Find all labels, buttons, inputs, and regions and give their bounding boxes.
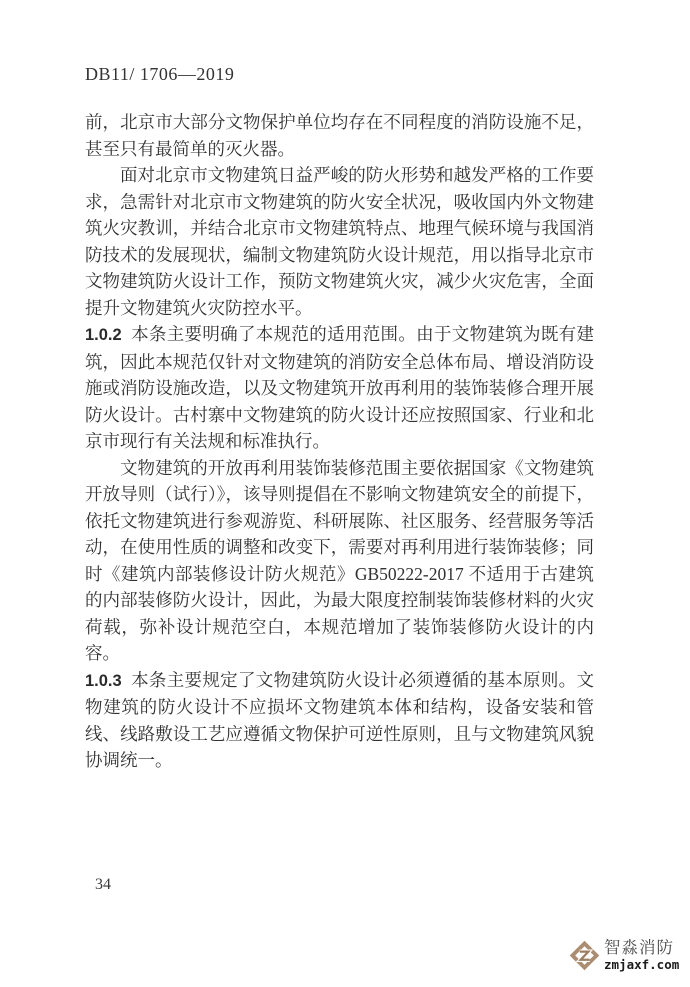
- clause-paragraph: 1.0.3本条主要规定了文物建筑防火设计必须遵循的基本原则。文物建筑的防火设计不…: [85, 667, 594, 774]
- clause-number: 1.0.3: [85, 672, 122, 690]
- clause-text: 本条主要规定了文物建筑防火设计必须遵循的基本原则。文物建筑的防火设计不应损坏文物…: [85, 670, 594, 771]
- diamond-z-logo-icon: [569, 940, 600, 971]
- standard-number-header: DB11/ 1706—2019: [85, 64, 234, 85]
- site-watermark: 智淼消防 zmjaxf.com: [569, 940, 679, 971]
- clause-text: 本条主要明确了本规范的适用范围。由于文物建筑为既有建筑，因此本规范仅针对文物建筑…: [85, 324, 594, 451]
- brand-name: 智淼消防: [604, 940, 679, 957]
- paragraph: 面对北京市文物建筑日益严峻的防火形势和越发严格的工作要求，急需针对北京市文物建筑…: [85, 162, 594, 321]
- clause-paragraph: 1.0.2本条主要明确了本规范的适用范围。由于文物建筑为既有建筑，因此本规范仅针…: [85, 321, 594, 455]
- brand-domain: zmjaxf.com: [604, 958, 679, 971]
- watermark-text: 智淼消防 zmjaxf.com: [604, 940, 679, 970]
- paragraph: 文物建筑的开放再利用装饰装修范围主要依据国家《文物建筑开放导则（试行）》，该导则…: [85, 455, 594, 667]
- paragraph-continuation: 前，北京市大部分文物保护单位均存在不同程度的消防设施不足，甚至只有最简单的灭火器…: [85, 109, 594, 162]
- document-body: 前，北京市大部分文物保护单位均存在不同程度的消防设施不足，甚至只有最简单的灭火器…: [85, 109, 594, 774]
- clause-number: 1.0.2: [85, 326, 122, 344]
- document-page: DB11/ 1706—2019 前，北京市大部分文物保护单位均存在不同程度的消防…: [0, 0, 690, 987]
- page-number: 34: [95, 876, 111, 894]
